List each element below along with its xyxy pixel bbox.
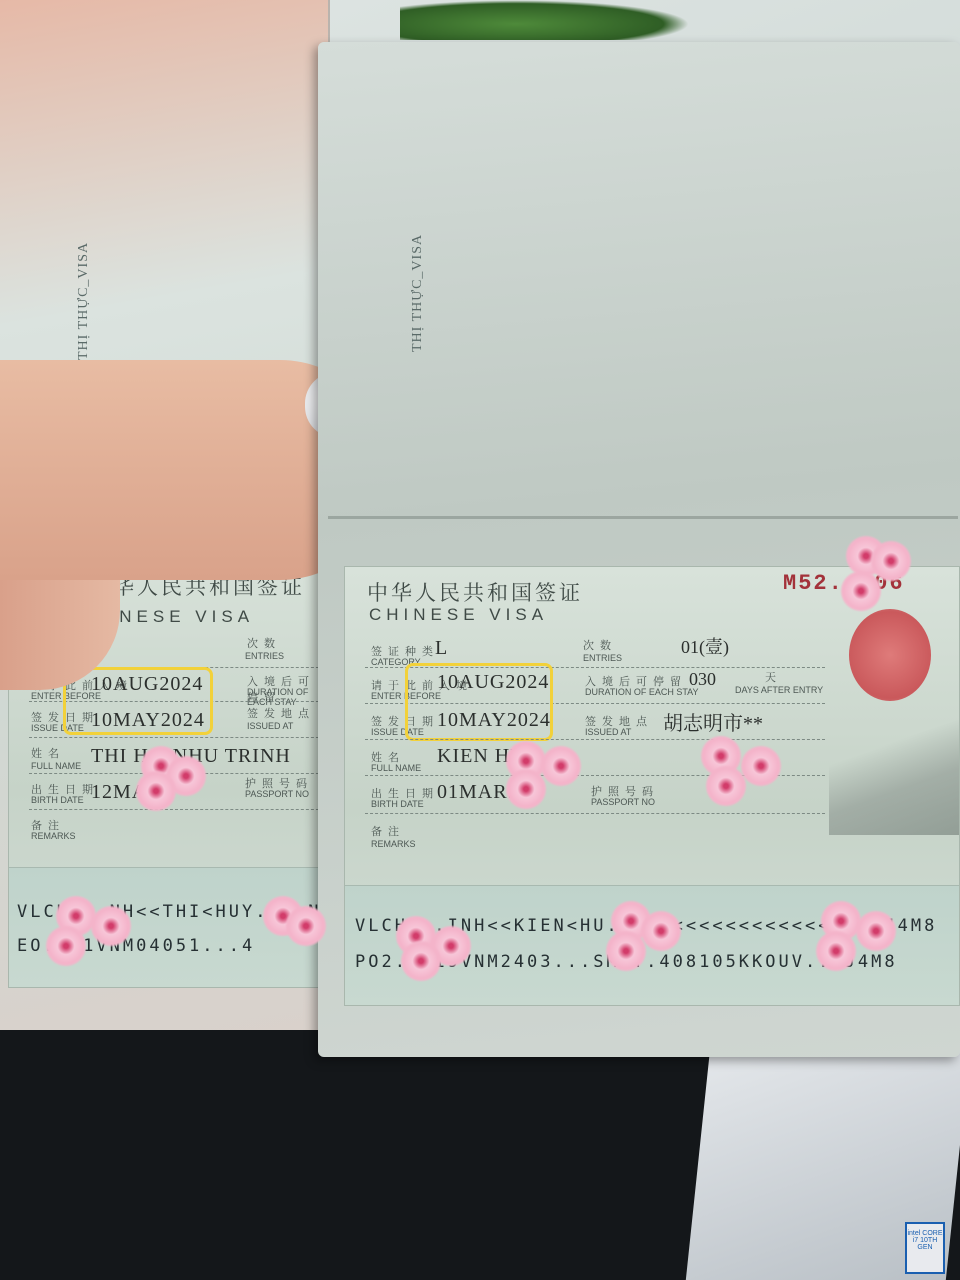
plant-leaves	[400, 0, 690, 40]
blossom-sticker	[90, 905, 132, 947]
intel-sticker: intel CORE i7 10TH GEN	[905, 1222, 945, 1274]
label-duration-en: DURATION OF EACH STAY	[585, 687, 699, 697]
visa-title-en: CHINESE VISA	[369, 605, 548, 625]
blossom-sticker	[505, 768, 547, 810]
label-birth-date-en: BIRTH DATE	[371, 799, 424, 809]
blossom-sticker	[135, 770, 177, 812]
blossom-sticker	[400, 940, 442, 982]
blossom-sticker	[855, 910, 897, 952]
label-remarks-en: REMARKS	[31, 831, 76, 841]
label-issued-at-en: ISSUED AT	[585, 727, 631, 737]
label-passport-no-en: PASSPORT NO	[245, 789, 309, 799]
label-days-zh: 天	[765, 669, 782, 685]
blossom-sticker	[45, 925, 87, 967]
great-wall-graphic	[829, 715, 959, 835]
label-full-name-zh: 姓名	[31, 745, 65, 761]
highlight-box-dates	[63, 667, 213, 735]
label-entries-en: ENTRIES	[583, 653, 622, 663]
label-entries-en: ENTRIES	[245, 651, 284, 661]
duration-value: 030	[689, 669, 716, 690]
label-days-en: DAYS AFTER ENTRY	[735, 685, 823, 695]
label-duration-en: DURATION OF EACH STAY	[247, 687, 327, 707]
label-remarks-en: REMARKS	[371, 839, 416, 849]
blossom-sticker	[840, 570, 882, 612]
page-fold	[328, 516, 958, 519]
visa-title-zh: 中华人民共和国签证	[367, 577, 583, 607]
passport-page-label: THỊ THỰC_VISA	[76, 242, 92, 360]
issued-at-value: 胡志明市**	[663, 707, 763, 736]
passport-page-label: THỊ THỰC_VISA	[410, 234, 426, 352]
blossom-sticker	[605, 930, 647, 972]
label-entries-zh: 次数	[583, 637, 617, 653]
blossom-sticker	[815, 930, 857, 972]
label-passport-no-en: PASSPORT NO	[591, 797, 655, 807]
highlight-box-dates	[405, 663, 553, 741]
blossom-sticker	[705, 765, 747, 807]
label-remarks-zh: 备注	[371, 823, 405, 839]
label-issued-at-zh: 签发地点	[247, 705, 315, 721]
label-birth-date-en: BIRTH DATE	[31, 795, 84, 805]
label-full-name-en: FULL NAME	[371, 763, 421, 773]
entries-value: 01(壹)	[681, 633, 729, 659]
label-full-name-en: FULL NAME	[31, 761, 81, 771]
label-issued-at-en: ISSUED AT	[247, 721, 293, 731]
blossom-sticker	[285, 905, 327, 947]
category-value: L	[435, 637, 448, 660]
label-entries-zh: 次数	[247, 635, 281, 651]
national-emblem	[849, 609, 931, 701]
